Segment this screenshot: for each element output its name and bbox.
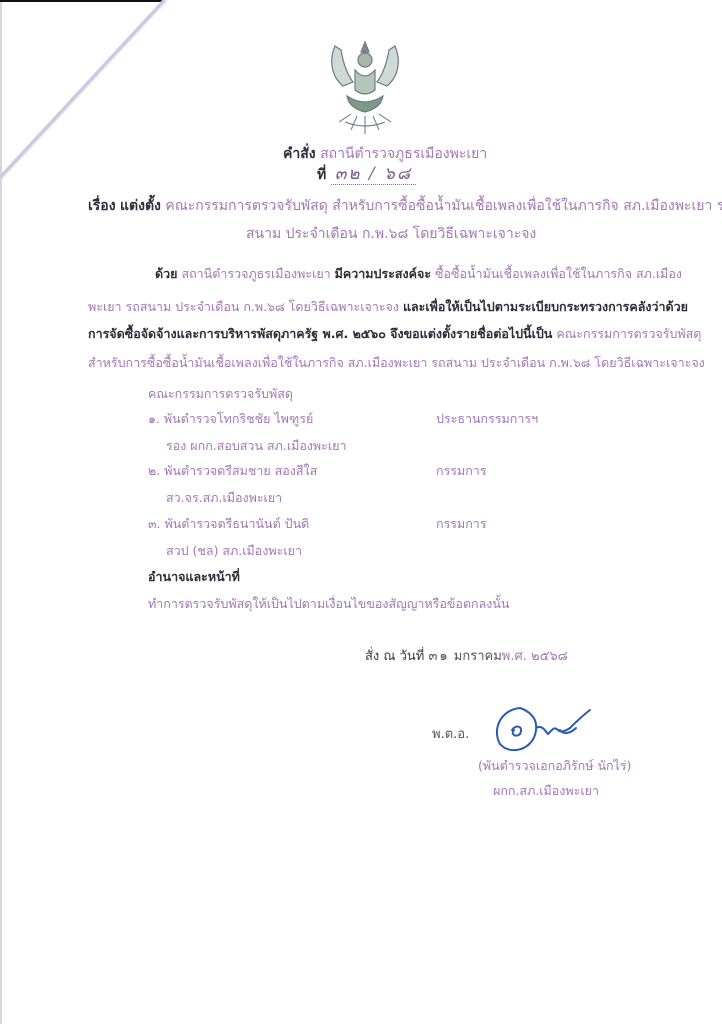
body-intent: มีความประสงค์จะ [335,266,431,281]
committee-heading: คณะกรรมการตรวจรับพัสดุ [148,385,293,403]
body-org: สถานีตำรวจภูธรเมืองพะเยา [181,266,330,281]
signer-rank: พ.ต.อ. [432,726,469,744]
member-2-role: กรรมการ [436,462,487,480]
body-item: ซื้อซื้อน้ำมันเชื้อเพลงเพื่อใช้ในภารกิจ … [435,266,682,281]
garuda-emblem-icon [325,38,405,138]
body-line-3: การจัดซื้อจัดจ้างและการบริหารพัสดุภาครัฐ… [88,325,701,343]
dateline: สั่ง ณ วันที่ ๓๑ มกราคมพ.ศ. ๒๕๖๘ [365,648,568,666]
subject-line-1: เรื่อง แต่งตั้ง คณะกรรมการตรวจรับพัสดุ ส… [88,197,722,215]
member-2-position: สว.จร.สภ.เมืองพะเยา [166,489,282,507]
signer-name: (พันตำรวจเอกอภิรักษ์ นักไร่) [478,757,631,775]
body-line-2: พะเยา รถสนาม ประจำเดือน ก.พ.๖๘ โดยวิธีเฉ… [88,298,688,316]
member-3-name: ๓. พันตำรวจตรีธนานันต์ ปันดิ [148,515,309,533]
date-day: ๓๑ [429,649,450,664]
date-month: มกราคม [454,649,502,664]
date-prefix: สั่ง ณ วันที่ [365,649,424,664]
body-regulation: และเพื่อให้เป็นไปตามระเบียบกระทรวงการคลั… [403,299,688,314]
body-item-cont: พะเยา รถสนาม ประจำเดือน ก.พ.๖๘ โดยวิธีเฉ… [88,299,399,314]
signer-title: ผกก.สภ.เมืองพะเยา [493,782,599,800]
number-prefix: ที่ [317,167,326,183]
handwritten-signature [490,702,600,757]
member-3-role: กรรมการ [436,515,487,533]
duties-heading: อำนาจและหน้าที่ [148,568,240,586]
subject-line-2: สนาม ประจำเดือน ก.พ.๖๘ โดยวิธีเฉพาะเจาะจ… [246,225,536,243]
body-committee: คณะกรรมการตรวจรับพัสดุ [556,326,701,341]
org-name: สถานีตำรวจภูธรเมืองพะเยา [320,146,487,162]
body-line-4: สำหรับการซื้อซื้อน้ำมันเชื้อเพลงเพื่อใช้… [88,354,705,372]
order-label: คำสั่ง [283,146,316,162]
body-regulation-cont: การจัดซื้อจัดจ้างและการบริหารพัสดุภาครัฐ… [88,326,552,341]
duties-text: ทำการตรวจรับพัสดุให้เป็นไปตามเงื่อนไขของ… [148,595,509,613]
order-number-handwritten: ๓๒ / ๖๘ [331,164,416,185]
member-1-name: ๑. พันตำรวจโทกริชชัย ไพฑูรย์ [148,410,313,428]
body-line-1: ด้วย สถานีตำรวจภูธรเมืองพะเยา มีความประส… [155,265,682,283]
order-number: ที่ ๓๒ / ๖๘ [317,165,416,184]
body-lead: ด้วย [155,266,177,281]
page-edge [0,0,2,1024]
member-1-position: รอง ผกก.สอบสวน สภ.เมืองพะเยา [166,437,347,455]
scan-border [0,0,165,2]
member-1-role: ประธานกรรมการฯ [436,410,538,428]
member-2-name: ๒. พันตำรวจตรีสมชาย สองสีใส [148,462,317,480]
date-year: พ.ศ. ๒๕๖๘ [502,649,568,664]
subject-action: แต่งตั้ง [120,198,161,214]
order-header: คำสั่ง สถานีตำรวจภูธรเมืองพะเยา [283,145,487,163]
subject-text-1: คณะกรรมการตรวจรับพัสดุ สำหรับการซื้อซื้อ… [165,198,722,214]
subject-label: เรื่อง [88,198,116,214]
member-3-position: สวป (ชล) สภ.เมืองพะเยา [166,542,302,560]
